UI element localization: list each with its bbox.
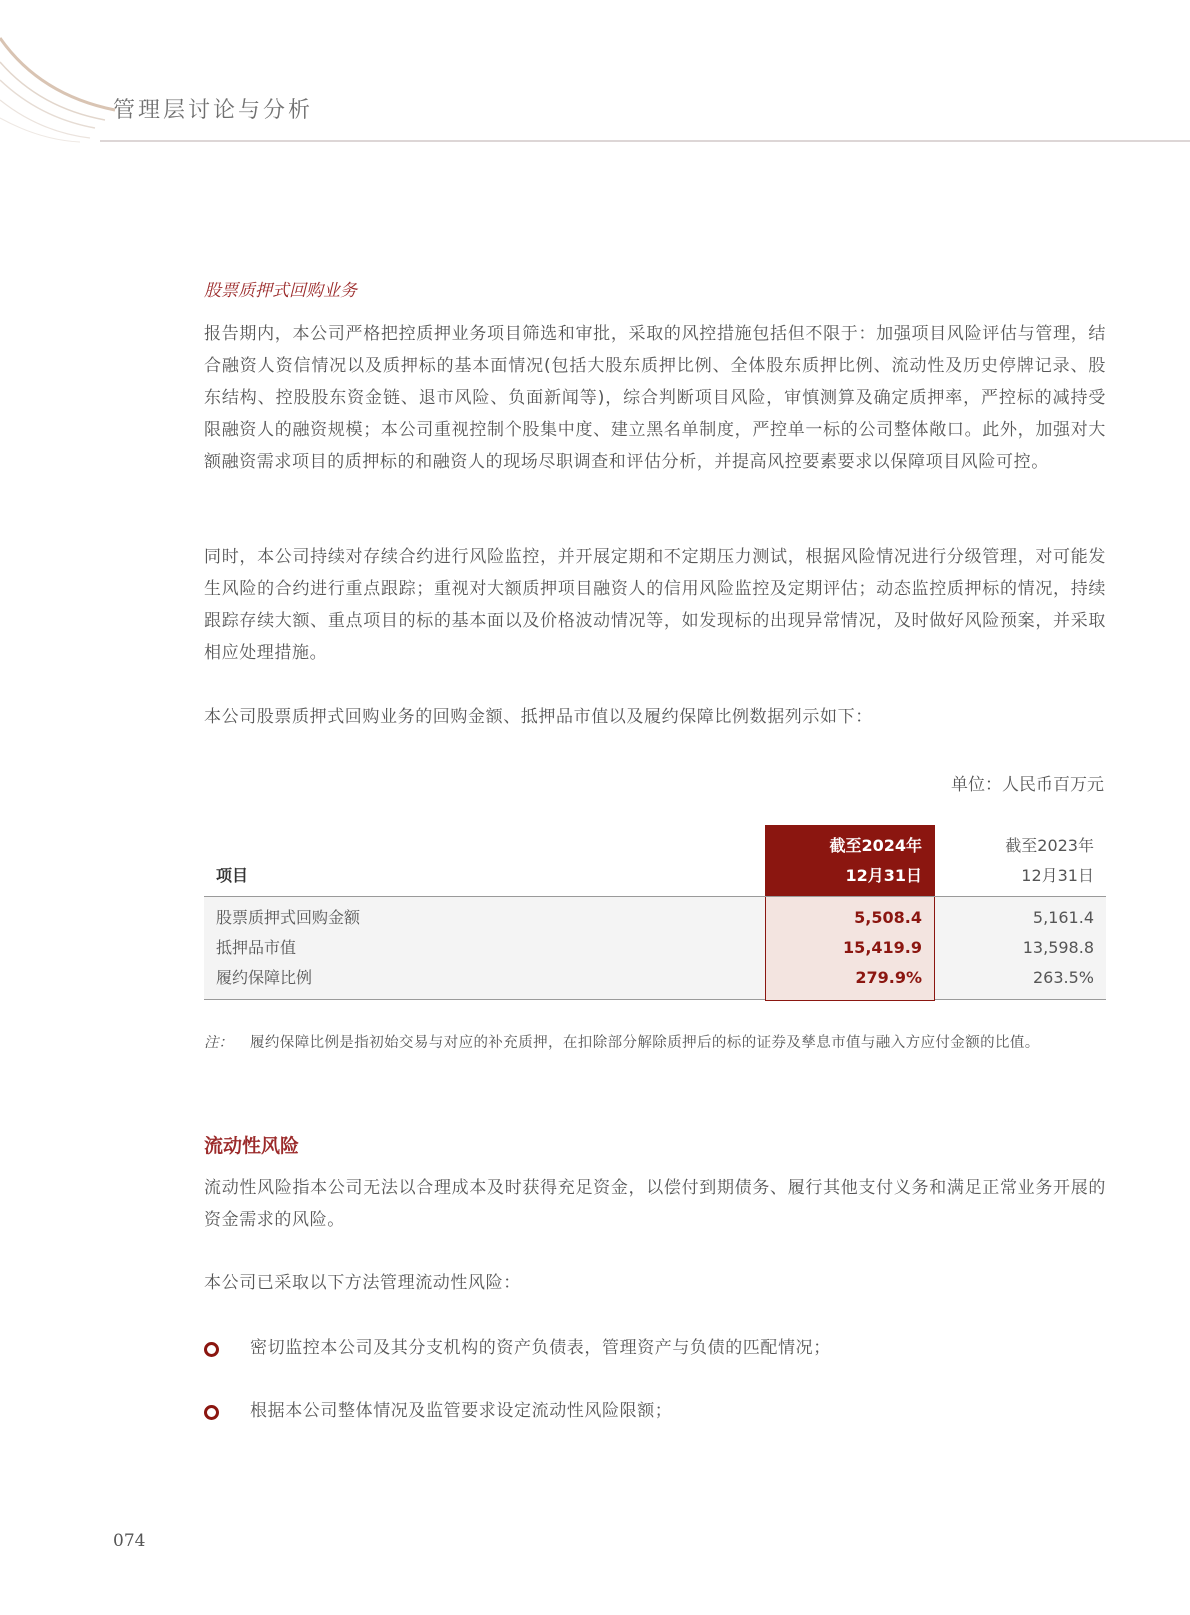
table-footnote: 注： 履约保障比例是指初始交易与对应的补充质押，在扣除部分解除质押后的标的证券及… (204, 1030, 1106, 1056)
row-value-2024: 15,419.9 (765, 933, 935, 963)
row-value-2023: 263.5% (1033, 963, 1094, 993)
table-row: 股票质押式回购金额 5,508.4 5,161.4 (204, 903, 1106, 933)
column-header-2023-line1: 截至2023年 (1005, 831, 1094, 861)
page-header-title: 管理层讨论与分析 (113, 93, 313, 124)
bullet-ring-icon (204, 1405, 219, 1420)
page-number: 074 (113, 1531, 145, 1551)
paragraph-table-intro: 本公司股票质押式回购业务的回购金额、抵押品市值以及履约保障比例数据列示如下： (204, 701, 1106, 733)
header-divider (100, 140, 1190, 142)
list-item: 密切监控本公司及其分支机构的资产负债表，管理资产与负债的匹配情况； (204, 1332, 1106, 1364)
row-value-2023: 5,161.4 (1033, 903, 1094, 933)
subsection-title-pledge: 股票质押式回购业务 (204, 276, 357, 301)
paragraph-pledge-risk-controls: 报告期内，本公司严格把控质押业务项目筛选和审批，采取的风控措施包括但不限于：加强… (204, 318, 1106, 478)
row-value-2024: 5,508.4 (765, 903, 935, 933)
table-unit-label: 单位：人民币百万元 (951, 770, 1104, 795)
decorative-arcs-icon (0, 0, 140, 150)
footnote-label: 注： (204, 1030, 233, 1056)
pledge-data-table: 项目 截至2024年 12月31日 截至2023年 12月31日 股票质押式回购… (204, 825, 1106, 1000)
row-value-2024: 279.9% (765, 963, 935, 993)
table-row: 履约保障比例 279.9% 263.5% (204, 963, 1106, 993)
table-row: 抵押品市值 15,419.9 13,598.8 (204, 933, 1106, 963)
row-item-label: 股票质押式回购金额 (216, 903, 360, 933)
row-item-label: 抵押品市值 (216, 933, 296, 963)
column-header-2023-line2: 12月31日 (1005, 861, 1094, 891)
row-value-2023: 13,598.8 (1023, 933, 1094, 963)
row-item-label: 履约保障比例 (216, 963, 312, 993)
bullet-ring-icon (204, 1342, 219, 1357)
paragraph-pledge-monitoring: 同时，本公司持续对存续合约进行风险监控，并开展定期和不定期压力测试，根据风险情况… (204, 541, 1106, 669)
list-item-text: 密切监控本公司及其分支机构的资产负债表，管理资产与负债的匹配情况； (250, 1332, 1106, 1364)
paragraph-liquidity-definition: 流动性风险指本公司无法以合理成本及时获得充足资金，以偿付到期债务、履行其他支付义… (204, 1172, 1106, 1236)
list-item: 根据本公司整体情况及监管要求设定流动性风险限额； (204, 1395, 1106, 1427)
section-title-liquidity-risk: 流动性风险 (204, 1131, 299, 1158)
column-header-2023: 截至2023年 12月31日 (1005, 825, 1094, 902)
column-header-2024-line1: 截至2024年 (765, 831, 922, 861)
table-header: 项目 截至2024年 12月31日 截至2023年 12月31日 (204, 825, 1106, 897)
table-body: 股票质押式回购金额 5,508.4 5,161.4 抵押品市值 15,419.9… (204, 897, 1106, 1000)
paragraph-liquidity-methods-intro: 本公司已采取以下方法管理流动性风险： (204, 1267, 1106, 1299)
column-header-2024: 截至2024年 12月31日 (765, 825, 935, 896)
column-header-2024-line2: 12月31日 (765, 861, 922, 891)
column-header-item: 项目 (216, 863, 248, 886)
footnote-text: 履约保障比例是指初始交易与对应的补充质押，在扣除部分解除质押后的标的证券及孳息市… (250, 1030, 1106, 1056)
list-item-text: 根据本公司整体情况及监管要求设定流动性风险限额； (250, 1395, 1106, 1427)
